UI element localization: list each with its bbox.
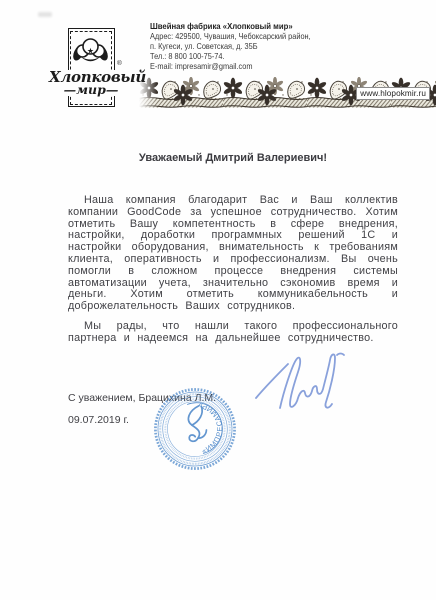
company-address-line1: Адрес: 429500, Чувашия, Чебоксарский рай… xyxy=(150,32,366,42)
handwritten-signature xyxy=(250,346,346,426)
letter-page: ★ Хлопковый —мир— ® Швейная фабрика «Хло… xyxy=(0,0,436,600)
registered-trademark: ® xyxy=(117,60,122,67)
star-icon: ★ xyxy=(86,47,93,56)
company-phone: Тел.: 8 800 100-75-74. xyxy=(150,52,366,62)
company-info: Швейная фабрика «Хлопковый мир» Адрес: 4… xyxy=(150,21,366,72)
paisley-ornament-band: www.hlopokmir.ru xyxy=(139,77,436,108)
company-address-line2: п. Кугеси, ул. Советская, д. 35Б xyxy=(150,42,366,52)
company-name: Швейная фабрика «Хлопковый мир» xyxy=(150,21,366,32)
date-line: 09.07.2019 г. xyxy=(68,414,129,426)
logo-wordmark: Хлопковый —мир— xyxy=(49,70,133,96)
website-label: www.hlopokmir.ru xyxy=(356,87,430,100)
salutation: Уважаемый Дмитрий Валериевич! xyxy=(68,152,398,164)
company-email: E-mail: impresamir@gmail.com xyxy=(150,62,366,72)
company-logo: ★ Хлопковый —мир— ® xyxy=(49,28,133,107)
paragraph-1: Наша компания благодарит Вас и Ваш колле… xyxy=(68,195,398,313)
scan-artifact xyxy=(38,12,52,17)
paragraph-2: Мы рады, что нашли такого профессиональн… xyxy=(68,321,398,345)
letter-body: Уважаемый Дмитрий Валериевич! Наша компа… xyxy=(68,152,398,345)
cotton-boll-icon: ★ xyxy=(73,34,108,66)
company-stamp: «ИМПРЕСАМИР» xyxy=(152,386,238,472)
